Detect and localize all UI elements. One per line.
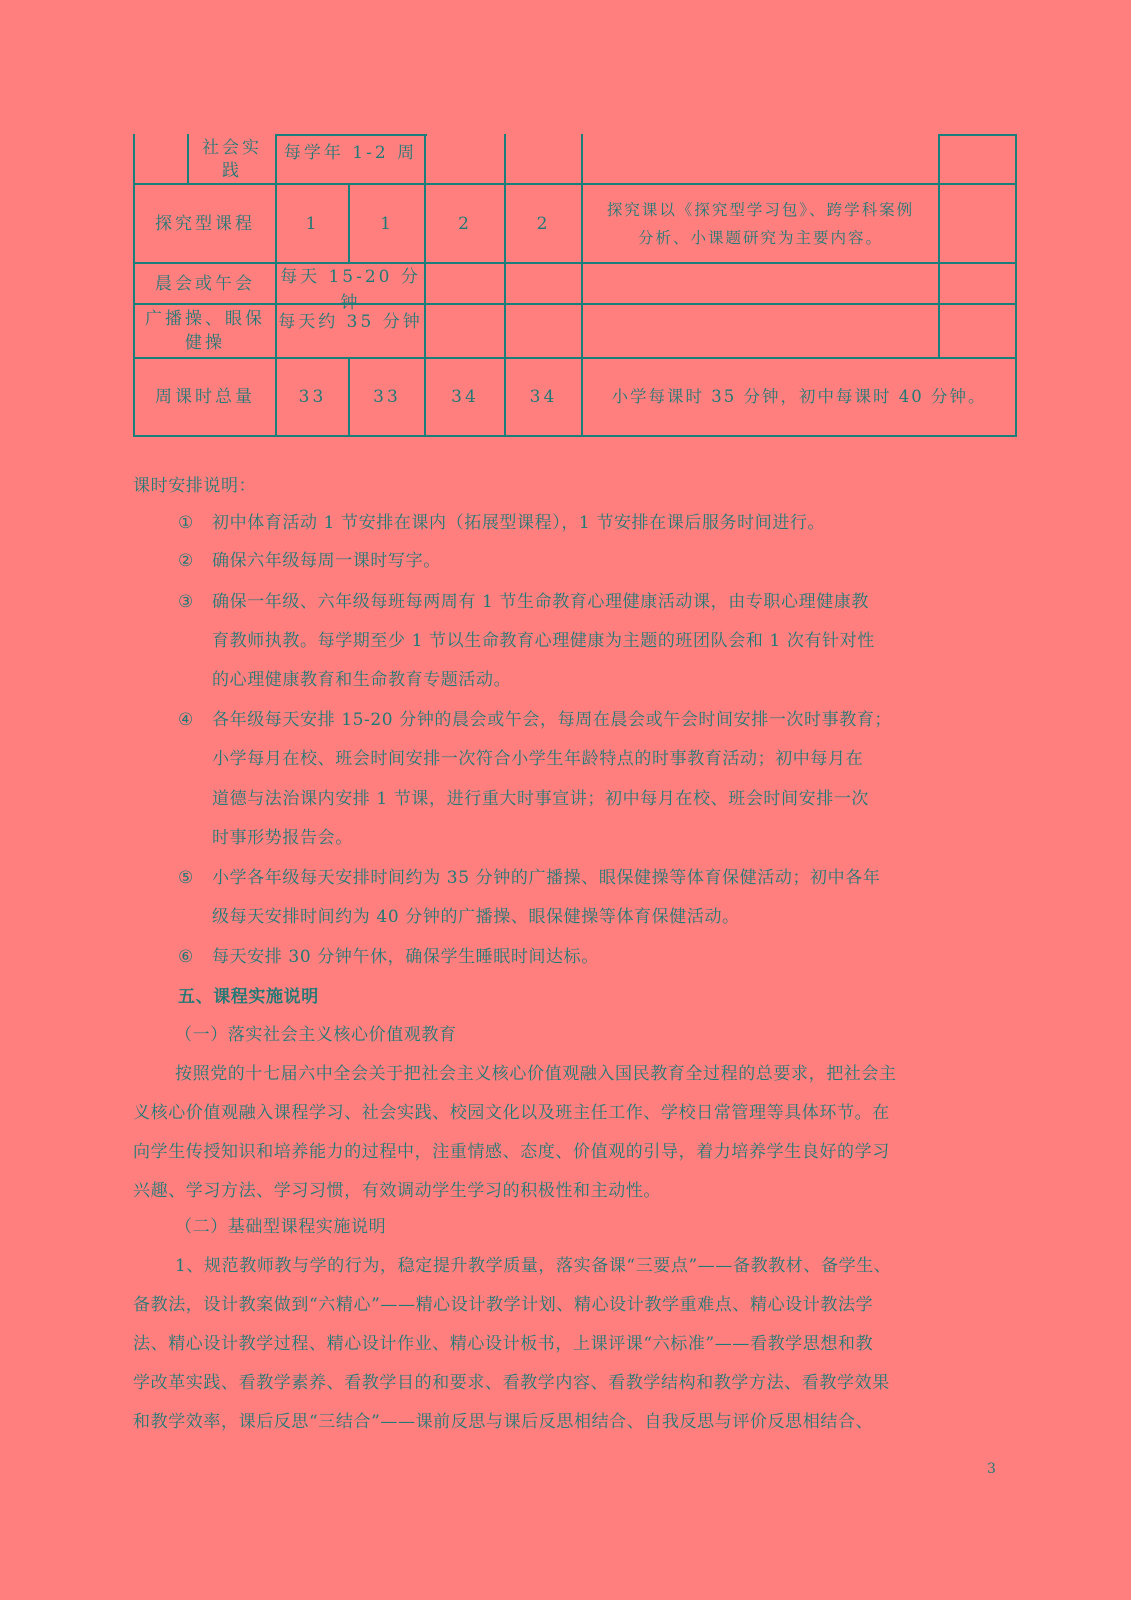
cell-value: 34 [451, 384, 479, 410]
table-cell-value: 2 [426, 185, 504, 262]
remark-line: 分析、小课题研究为主要内容。 [638, 224, 883, 252]
circled-number-marker: ⑥ [178, 947, 212, 967]
note-line: 育教师执教。每学期至少 1 节以生命教育心理健康为主题的班团队会和 1 次有针对… [212, 631, 875, 651]
table-border [938, 134, 940, 358]
note-line: 每天安排 30 分钟午休，确保学生睡眠时间达标。 [212, 947, 599, 967]
circled-number-marker: ③ [178, 592, 212, 612]
note-line: 级每天安排时间约为 40 分钟的广播操、眼保健操等体育保健活动。 [212, 907, 740, 927]
table-cell-span-value: 每天约 35 分钟 [277, 305, 424, 357]
table-cell-value: 33 [350, 359, 424, 435]
cell-value: 1 [380, 211, 394, 237]
note-line: 的心理健康教育和生命教育专题活动。 [212, 670, 511, 690]
paragraph-line: 学改革实践、看教学素养、看教学目的和要求、看教学内容、看教学结构和教学方法、看教… [133, 1373, 890, 1393]
circled-number-marker: ① [178, 513, 212, 533]
circled-number-marker: ④ [178, 710, 212, 730]
row-label: 探究型课程 [155, 211, 255, 237]
note-item: ①初中体育活动 1 节安排在课内（拓展型课程），1 节安排在课后服务时间进行。 [178, 513, 825, 533]
note-item: ⑤小学各年级每天安排时间约为 35 分钟的广播操、眼保健操等体育保健活动；初中各… [178, 868, 880, 888]
row-label: 社会实践 [200, 137, 264, 183]
row-label: 周课时总量 [155, 384, 255, 410]
paragraph-line: 义核心价值观融入课程学习、社会实践、校园文化以及班主任工作、学校日常管理等具体环… [133, 1103, 890, 1123]
course-schedule-table: 社会实践 每学年 1-2 周 探究型课程 1 1 2 2 探究课以《探究型学习包… [0, 0, 1131, 460]
subsection-heading: （一）落实社会主义核心价值观教育 [175, 1025, 457, 1045]
table-cell-remark: 小学每课时 35 分钟，初中每课时 40 分钟。 [583, 359, 1015, 435]
note-item: ④各年级每天安排 15-20 分钟的晨会或午会，每周在晨会或午会时间安排一次时事… [178, 710, 892, 730]
paragraph-line: 按照党的十七届六中全会关于把社会主义核心价值观融入国民教育全过程的总要求，把社会… [175, 1064, 897, 1084]
circled-number-marker: ⑤ [178, 868, 212, 888]
note-line: 时事形势报告会。 [212, 828, 353, 848]
table-border [1015, 134, 1017, 437]
table-cell-label: 晨会或午会 [135, 264, 275, 303]
row-label: 广播操、眼保 [145, 307, 265, 331]
note-line: 确保一年级、六年级每班每两周有 1 节生命教育心理健康活动课，由专职心理健康教 [212, 592, 869, 612]
table-border [133, 435, 1017, 437]
paragraph-line: 向学生传授知识和培养能力的过程中，注重情感、态度、价值观的引导，着力培养学生良好… [133, 1142, 890, 1162]
table-cell-value: 34 [506, 359, 581, 435]
subsection-heading: （二）基础型课程实施说明 [175, 1217, 386, 1237]
table-cell-label: 广播操、眼保 健操 [135, 305, 275, 357]
table-cell-label: 周课时总量 [135, 359, 275, 435]
paragraph-line: 法、精心设计教学过程、精心设计作业、精心设计板书，上课评课“六标准”——看教学思… [133, 1334, 873, 1354]
cell-value: 34 [530, 384, 558, 410]
cell-value: 每学年 1-2 周 [284, 140, 417, 166]
cell-value: 2 [458, 211, 472, 237]
section-heading: 五、课程实施说明 [178, 987, 319, 1007]
note-item: ③确保一年级、六年级每班每两周有 1 节生命教育心理健康活动课，由专职心理健康教 [178, 592, 869, 612]
table-cell-value: 2 [506, 185, 581, 262]
table-cell-label: 探究型课程 [135, 185, 275, 262]
table-cell-value: 1 [350, 185, 424, 262]
note-line: 初中体育活动 1 节安排在课内（拓展型课程），1 节安排在课后服务时间进行。 [212, 513, 825, 533]
note-line: 各年级每天安排 15-20 分钟的晨会或午会，每周在晨会或午会时间安排一次时事教… [212, 710, 892, 730]
note-item: ⑥每天安排 30 分钟午休，确保学生睡眠时间达标。 [178, 947, 599, 967]
cell-value: 每天约 35 分钟 [278, 309, 422, 335]
cell-value: 1 [306, 211, 320, 237]
paragraph-line: 和教学效率，课后反思“三结合”——课前反思与课后反思相结合、自我反思与评价反思相… [133, 1412, 873, 1432]
remark-line: 探究课以《探究型学习包》、跨学科案例 [607, 196, 914, 224]
paragraph-line: 1、规范教师教与学的行为，稳定提升教学质量，落实备课“三要点”——备教教材、备学… [175, 1256, 891, 1276]
cell-value: 33 [373, 384, 401, 410]
table-cell-value: 34 [426, 359, 504, 435]
table-cell-span-value: 每天 15-20 分钟 [277, 264, 424, 303]
note-line: 道德与法治课内安排 1 节课，进行重大时事宣讲；初中每月在校、班会时间安排一次 [212, 789, 869, 809]
table-cell-value: 1 [277, 185, 348, 262]
row-label: 健操 [185, 331, 225, 355]
table-cell-remark: 探究课以《探究型学习包》、跨学科案例 分析、小课题研究为主要内容。 [583, 185, 938, 262]
cell-value: 2 [537, 211, 551, 237]
paragraph-line: 备教法，设计教案做到“六精心”——精心设计教学计划、精心设计教学重难点、精心设计… [133, 1295, 873, 1315]
circled-number-marker: ② [178, 551, 212, 571]
note-line: 确保六年级每周一课时写字。 [212, 551, 441, 571]
remark-line: 小学每课时 35 分钟，初中每课时 40 分钟。 [612, 383, 987, 411]
table-cell-span-value: 每学年 1-2 周 [277, 136, 424, 183]
notes-heading: 课时安排说明： [133, 476, 256, 496]
paragraph-line: 兴趣、学习方法、学习习惯，有效调动学生学习的积极性和主动性。 [133, 1181, 661, 1201]
row-label: 晨会或午会 [155, 271, 255, 297]
note-line: 小学每月在校、班会时间安排一次符合小学生年龄特点的时事教育活动；初中每月在 [212, 749, 863, 769]
table-border [939, 134, 1017, 136]
table-cell-label: 社会实践 [189, 136, 275, 183]
note-item: ②确保六年级每周一课时写字。 [178, 551, 441, 571]
table-cell-value: 33 [277, 359, 348, 435]
note-line: 小学各年级每天安排时间约为 35 分钟的广播操、眼保健操等体育保健活动；初中各年 [212, 868, 880, 888]
page-number: 3 [987, 1461, 996, 1477]
cell-value: 33 [299, 384, 327, 410]
